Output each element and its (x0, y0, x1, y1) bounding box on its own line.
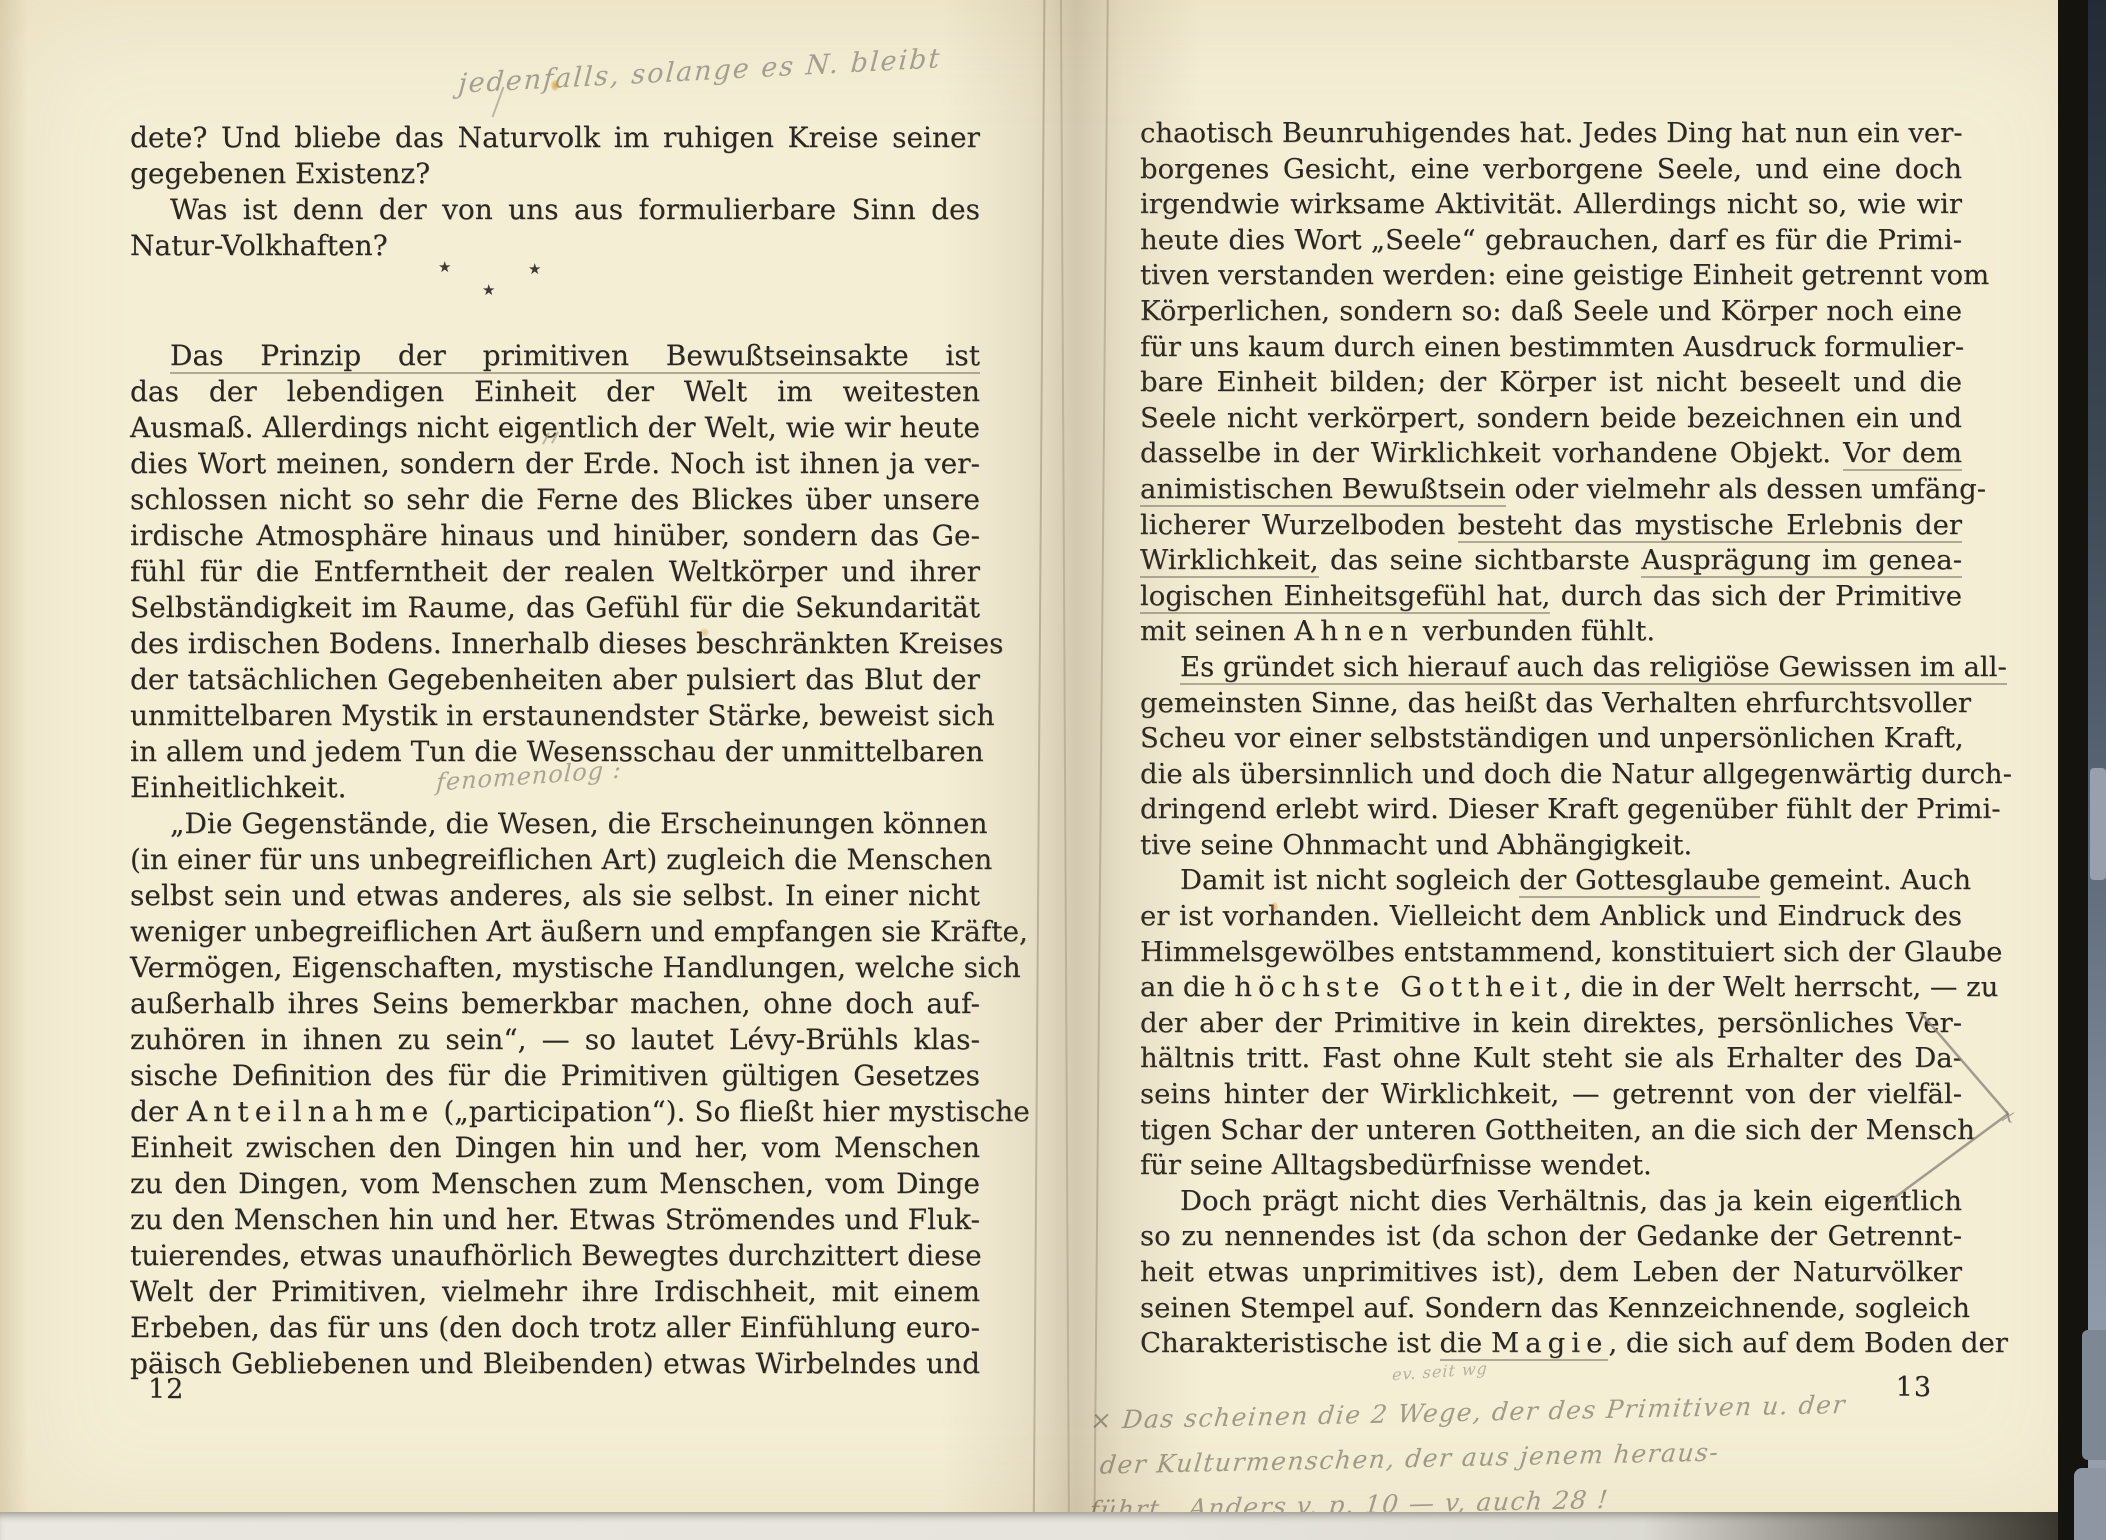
text-line: heute dies Wort „Seele“ gebrauchen, darf… (1140, 223, 1962, 259)
right-page-text: chaotisch Beunruhigendes hat. Jedes Ding… (1140, 116, 1962, 1362)
text-segment: zu den Dingen, vom Menschen zum Menschen… (130, 1167, 980, 1200)
text-line: irgendwie wirksame Aktivität. Allerdings… (1140, 187, 1962, 223)
text-segment: außerhalb ihres Seins bemerkbar machen, … (130, 987, 980, 1020)
text-segment: Einheitlichkeit. (130, 771, 347, 804)
text-line: irdische Atmosphäre hinaus und hinüber, … (130, 518, 980, 554)
pencil-chevron-mark (1858, 992, 2028, 1222)
text-line: unmittelbaren Mystik in erstaunendster S… (130, 698, 980, 734)
foxing-stain (1271, 902, 1278, 912)
text-segment: chaotisch Beunruhigendes hat. Jedes Ding… (1140, 117, 1963, 149)
pencil-underlined-text: Ausprägung im genea- (1641, 544, 1962, 578)
handwritten-insertion: ev. seit wg (1392, 1359, 1489, 1385)
gutter-crease (1093, 0, 1108, 1540)
text-segment: irdische Atmosphäre hinaus und hinüber, … (130, 519, 980, 552)
text-segment: der tatsächlichen Gegebenheiten aber pul… (130, 663, 980, 696)
divider-star-icon: ★ (528, 260, 541, 278)
text-segment: (in einer für uns unbegreiflichen Art) z… (130, 843, 992, 876)
text-segment: fühl für die Entferntheit der realen Wel… (130, 555, 980, 588)
text-segment: schlossen nicht so sehr die Ferne des Bl… (130, 483, 980, 516)
text-segment: seinen Stempel auf. Sondern das Kennzeic… (1140, 1292, 1970, 1324)
text-line: Welt der Primitiven, vielmehr ihre Irdis… (130, 1274, 980, 1310)
text-line: tiven verstanden werden: eine geistige E… (1140, 258, 1962, 294)
text-line: für uns kaum durch einen bestimmten Ausd… (1140, 330, 1962, 366)
text-segment: der (130, 1095, 187, 1128)
pencil-underlined-text: Das Prinzip der primitiven Bewußtseinsak… (170, 339, 980, 374)
cover-edge-highlight (2090, 768, 2106, 880)
text-segment: zu den Menschen hin und her. Etwas Ström… (130, 1203, 980, 1236)
text-line: logischen Einheitsgefühl hat, durch das … (1140, 579, 1962, 615)
text-line: gemeinsten Sinne, das heißt das Verhalte… (1140, 686, 1962, 722)
text-line: gegebenen Existenz? (130, 156, 980, 192)
foxing-stain (700, 628, 709, 637)
text-line: heit etwas unprimitives ist), dem Leben … (1140, 1255, 1962, 1291)
text-line: Was ist denn der von uns aus formulierba… (130, 192, 980, 228)
text-line: dies Wort meinen, sondern der Erde. Noch… (130, 446, 980, 482)
section-break (130, 264, 980, 338)
text-segment: dringend erlebt wird. Dieser Kraft gegen… (1140, 793, 2001, 825)
text-segment: selbst sein und etwas anderes, als sie s… (130, 879, 980, 912)
text-segment: Welt der Primitiven, vielmehr ihre Irdis… (130, 1275, 980, 1308)
pencil-underlined-text: Es gründet sich hierauf auch das religiö… (1180, 651, 2007, 685)
text-line: dringend erlebt wird. Dieser Kraft gegen… (1140, 792, 1962, 828)
cover-edge-highlight (2074, 1468, 2106, 1540)
text-line: weniger unbegreiflichen Art äußern und e… (130, 914, 980, 950)
text-segment: Charakteristische ist (1140, 1327, 1440, 1359)
text-segment: unmittelbaren Mystik in erstaunendster S… (130, 699, 995, 732)
text-segment: „Die Gegenstände, die Wesen, die Erschei… (170, 807, 987, 840)
text-line: Charakteristische ist die Magie, die sic… (1140, 1326, 1962, 1362)
text-line: Seele nicht verkörpert, sondern beide be… (1140, 401, 1962, 437)
text-segment: Damit ist nicht sogleich (1180, 864, 1519, 896)
text-segment: sische Definition des für die Primitiven… (130, 1059, 980, 1092)
text-segment: an die (1140, 971, 1234, 1003)
text-line: selbst sein und etwas anderes, als sie s… (130, 878, 980, 914)
text-segment: gegebenen Existenz? (130, 157, 430, 190)
text-segment: Doch prägt nicht dies Verhältnis, das ja… (1180, 1185, 1962, 1217)
text-line: bare Einheit bilden; der Körper ist nich… (1140, 365, 1962, 401)
text-segment: seins hinter der Wirklichkeit, — getrenn… (1140, 1078, 1962, 1110)
text-segment: des irdischen Bodens. Innerhalb dieses b… (130, 627, 1004, 660)
text-segment: Scheu vor einer selbstständigen und unpe… (1140, 722, 1964, 754)
pencil-underlined-text: die (1440, 1327, 1491, 1361)
text-segment: Vermögen, Eigenschaften, mystische Handl… (130, 951, 1021, 984)
text-line: Einheit zwischen den Dingen hin und her,… (130, 1130, 980, 1166)
text-segment: Natur-Volkhaften? (130, 229, 388, 262)
pencil-underlined-text: Wirklichkeit, (1140, 544, 1319, 578)
text-line: Das Prinzip der primitiven Bewußtseinsak… (130, 338, 980, 374)
page-edge-shadow (0, 0, 28, 1540)
text-segment: der aber der Primitive in kein direktes,… (1140, 1007, 1962, 1039)
text-segment: Erbeben, das für uns (den doch trotz all… (130, 1311, 980, 1344)
text-line: tive seine Ohnmacht und Abhängigkeit. (1140, 828, 1962, 864)
text-line: an die höchste Gottheit, die in der Welt… (1140, 970, 1962, 1006)
left-page-text: dete? Und bliebe das Naturvolk im ruhige… (130, 120, 980, 1382)
text-line: dasselbe in der Wirklichkeit vorhandene … (1140, 436, 1962, 472)
text-line: Doch prägt nicht dies Verhältnis, das ja… (1140, 1184, 1962, 1220)
text-segment: Himmelsgewölbes entstammend, konstituier… (1140, 936, 2002, 968)
text-segment: das der lebendigen Einheit der Welt im w… (130, 375, 980, 408)
text-segment: Selbständigkeit im Raume, das Gefühl für… (130, 591, 980, 624)
text-segment: Seele nicht verkörpert, sondern beide be… (1140, 402, 1962, 434)
text-line: borgenes Gesicht, eine verborgene Seele,… (1140, 152, 1962, 188)
text-segment: tive seine Ohnmacht und Abhängigkeit. (1140, 829, 1692, 861)
text-line: (in einer für uns unbegreiflichen Art) z… (130, 842, 980, 878)
text-segment: durch das sich der Primitive (1550, 580, 1962, 612)
text-line: er ist vorhanden. Vielleicht dem Anblick… (1140, 899, 1962, 935)
text-segment: weniger unbegreiflichen Art äußern und e… (130, 915, 1028, 948)
text-line: Damit ist nicht sogleich der Gottesglaub… (1140, 863, 1962, 899)
foxing-stain (551, 80, 559, 91)
text-segment: tiven verstanden werden: eine geistige E… (1140, 259, 1989, 291)
text-segment: dete? Und bliebe das Naturvolk im ruhige… (130, 121, 980, 154)
text-line: animistischen Bewußtsein oder vielmehr a… (1140, 472, 1962, 508)
text-line: Es gründet sich hierauf auch das religiö… (1140, 650, 1962, 686)
text-segment: Anteilnahme (187, 1095, 435, 1128)
text-segment: borgenes Gesicht, eine verborgene Seele,… (1140, 153, 1962, 185)
text-line: päisch Gebliebenen und Bleibenden) etwas… (130, 1346, 980, 1382)
text-line: seinen Stempel auf. Sondern das Kennzeic… (1140, 1291, 1962, 1327)
text-line: für seine Alltagsbedürfnisse wendet. (1140, 1148, 1962, 1184)
pencil-underlined-text: Vor dem (1843, 437, 1962, 471)
page-number-right: 13 (1868, 1372, 1932, 1403)
text-segment: oder vielmehr als dessen umfäng- (1506, 473, 1986, 505)
text-segment: Ahnen (1294, 615, 1414, 647)
text-segment: höchste Gottheit (1234, 971, 1563, 1003)
gutter-crease (1033, 0, 1046, 1540)
text-segment: tuierendes, etwas unaufhörlich Bewegtes … (130, 1239, 982, 1272)
text-segment: dasselbe in der Wirklichkeit vorhandene … (1140, 437, 1843, 469)
pencil-underlined-text: Magie (1491, 1327, 1608, 1361)
text-line: Ausmaß. Allerdings nicht eigentlich der … (130, 410, 980, 446)
text-line: zu den Dingen, vom Menschen zum Menschen… (130, 1166, 980, 1202)
text-segment: die als übersinnlich und doch die Natur … (1140, 758, 2012, 790)
divider-star-icon: ★ (482, 281, 495, 299)
text-line: seins hinter der Wirklichkeit, — getrenn… (1140, 1077, 1962, 1113)
pencil-underlined-text: der Gottesglaube (1519, 864, 1760, 898)
text-line: Körperlichen, sondern so: daß Seele und … (1140, 294, 1962, 330)
cover-edge-highlight (2082, 1330, 2106, 1460)
text-line: außerhalb ihres Seins bemerkbar machen, … (130, 986, 980, 1022)
text-line: schlossen nicht so sehr die Ferne des Bl… (130, 482, 980, 518)
text-segment: dies Wort meinen, sondern der Erde. Noch… (130, 447, 980, 480)
text-segment: heute dies Wort „Seele“ gebrauchen, darf… (1140, 224, 1962, 256)
text-line: mit seinen Ahnen verbunden fühlt. (1140, 614, 1962, 650)
text-segment: für seine Alltagsbedürfnisse wendet. (1140, 1149, 1652, 1181)
text-segment: , die sich auf dem Boden der (1608, 1327, 2008, 1359)
page-number-left: 12 (148, 1374, 184, 1405)
text-segment: licherer Wurzelboden (1140, 509, 1458, 541)
text-segment: mit seinen (1140, 615, 1294, 647)
text-segment: er ist vorhanden. Vielleicht dem Anblick… (1140, 900, 1962, 932)
handwritten-top-annotation: jedenfalls, solange es N. bleibt (457, 43, 942, 99)
text-segment: gemeinsten Sinne, das heißt das Verhalte… (1140, 687, 1971, 719)
text-segment: („participation“). So fließt hier mystis… (434, 1095, 1029, 1128)
text-line: chaotisch Beunruhigendes hat. Jedes Ding… (1140, 116, 1962, 152)
text-segment: heit etwas unprimitives ist), dem Leben … (1140, 1256, 1962, 1288)
text-segment: für uns kaum durch einen bestimmten Ausd… (1140, 331, 1964, 363)
text-line: die als übersinnlich und doch die Natur … (1140, 757, 1962, 793)
text-line: „Die Gegenstände, die Wesen, die Erschei… (130, 806, 980, 842)
pencil-underlined-text: animistischen Bewußtsein (1140, 473, 1506, 507)
text-line: Wirklichkeit, das seine sichtbarste Ausp… (1140, 543, 1962, 579)
text-line: Himmelsgewölbes entstammend, konstituier… (1140, 935, 1962, 971)
divider-star-icon: ★ (438, 258, 451, 276)
text-line: das der lebendigen Einheit der Welt im w… (130, 374, 980, 410)
text-segment: tigen Schar der unteren Gottheiten, an d… (1140, 1114, 1975, 1146)
text-segment: gemeint. Auch (1760, 864, 1971, 896)
text-segment: Was ist denn der von uns aus formulierba… (170, 193, 980, 226)
text-segment: bare Einheit bilden; der Körper ist nich… (1140, 366, 1962, 398)
text-line: tigen Schar der unteren Gottheiten, an d… (1140, 1113, 1962, 1149)
text-line: Vermögen, Eigenschaften, mystische Handl… (130, 950, 980, 986)
gutter-crease (1060, 0, 1070, 1540)
text-line: fühl für die Entferntheit der realen Wel… (130, 554, 980, 590)
text-line: hältnis tritt. Fast ohne Kult steht sie … (1140, 1041, 1962, 1077)
pencil-underlined-text: besteht das mystische Erlebnis der (1458, 509, 1962, 543)
text-line: Natur-Volkhaften? (130, 228, 980, 264)
text-line: der tatsächlichen Gegebenheiten aber pul… (130, 662, 980, 698)
text-segment: verbunden fühlt. (1414, 615, 1655, 647)
book-scan: dete? Und bliebe das Naturvolk im ruhige… (0, 0, 2106, 1540)
text-line: sische Definition des für die Primitiven… (130, 1058, 980, 1094)
pencil-underlined-text: logischen Einheitsgefühl hat, (1140, 580, 1550, 614)
text-segment: Einheit zwischen den Dingen hin und her,… (130, 1131, 980, 1164)
text-line: dete? Und bliebe das Naturvolk im ruhige… (130, 120, 980, 156)
text-line: der aber der Primitive in kein direktes,… (1140, 1006, 1962, 1042)
text-segment: das seine sichtbarste (1319, 544, 1642, 576)
text-line: Selbständigkeit im Raume, das Gefühl für… (130, 590, 980, 626)
text-line: des irdischen Bodens. Innerhalb dieses b… (130, 626, 980, 662)
text-segment: Körperlichen, sondern so: daß Seele und … (1140, 295, 1962, 327)
text-line: tuierendes, etwas unaufhörlich Bewegtes … (130, 1238, 980, 1274)
text-line: so zu nennendes ist (da schon der Gedank… (1140, 1219, 1962, 1255)
text-line: der Anteilnahme („participation“). So fl… (130, 1094, 980, 1130)
text-segment: irgendwie wirksame Aktivität. Allerdings… (1140, 188, 1962, 220)
text-segment: hältnis tritt. Fast ohne Kult steht sie … (1140, 1042, 1962, 1074)
text-line: Erbeben, das für uns (den doch trotz all… (130, 1310, 980, 1346)
text-line: zu den Menschen hin und her. Etwas Ström… (130, 1202, 980, 1238)
text-line: licherer Wurzelboden besteht das mystisc… (1140, 508, 1962, 544)
text-segment: zuhören in ihnen zu sein“, — so lautet L… (130, 1023, 980, 1056)
text-segment: so zu nennendes ist (da schon der Gedank… (1140, 1220, 1962, 1252)
text-line: Scheu vor einer selbstständigen und unpe… (1140, 721, 1962, 757)
text-segment: päisch Gebliebenen und Bleibenden) etwas… (130, 1347, 980, 1380)
text-line: zuhören in ihnen zu sein“, — so lautet L… (130, 1022, 980, 1058)
handwritten-footnote: × Das scheinen die 2 Wege, der des Primi… (1079, 1382, 1848, 1533)
